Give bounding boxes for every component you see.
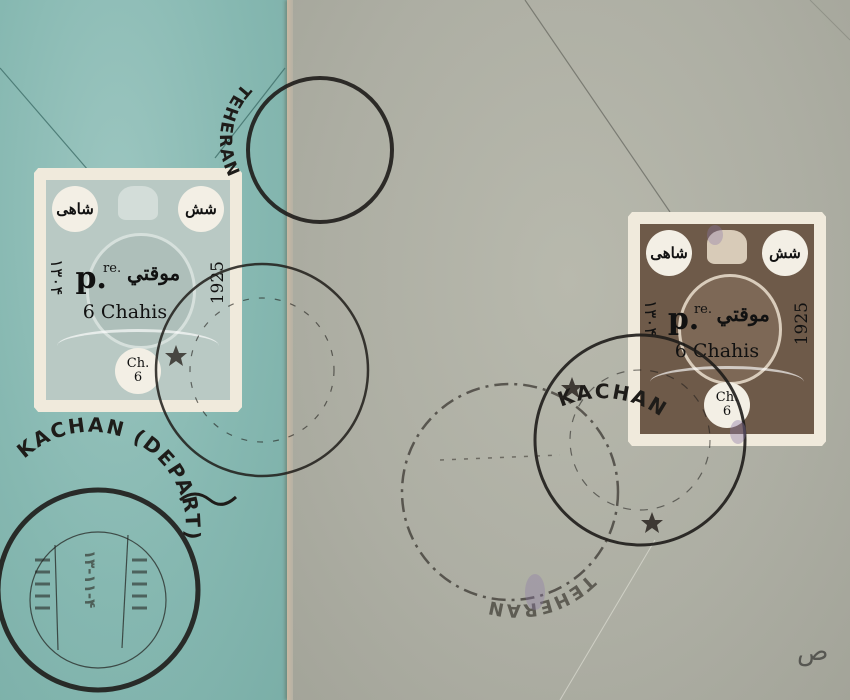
covers-photo: شاهی شش Ch. 6 ۱۳۰۴ p. re. موقتي 6 Chahis… — [0, 0, 850, 700]
violet-ink-mark — [525, 574, 545, 610]
postmark-teheran-top: TEHERAN — [215, 78, 392, 222]
pencil-annotation: ص — [797, 637, 828, 667]
postmark-teheran-faint: TEHERAN — [402, 384, 618, 621]
violet-ink-mark — [707, 225, 723, 245]
postmark-kachan-depart: KACHAN (DEPART) ۱۳-۱۱-۴ — [0, 413, 205, 690]
postmarks-layer: TEHERAN KACHAN (DEPART) ۱۳-۱۱-۴ — [0, 0, 850, 700]
postmark-kachan-right: KACHAN — [535, 335, 745, 545]
postmark-kachan-date: ۱۳-۱۱-۴ — [81, 550, 99, 608]
violet-ink-mark — [730, 420, 746, 444]
